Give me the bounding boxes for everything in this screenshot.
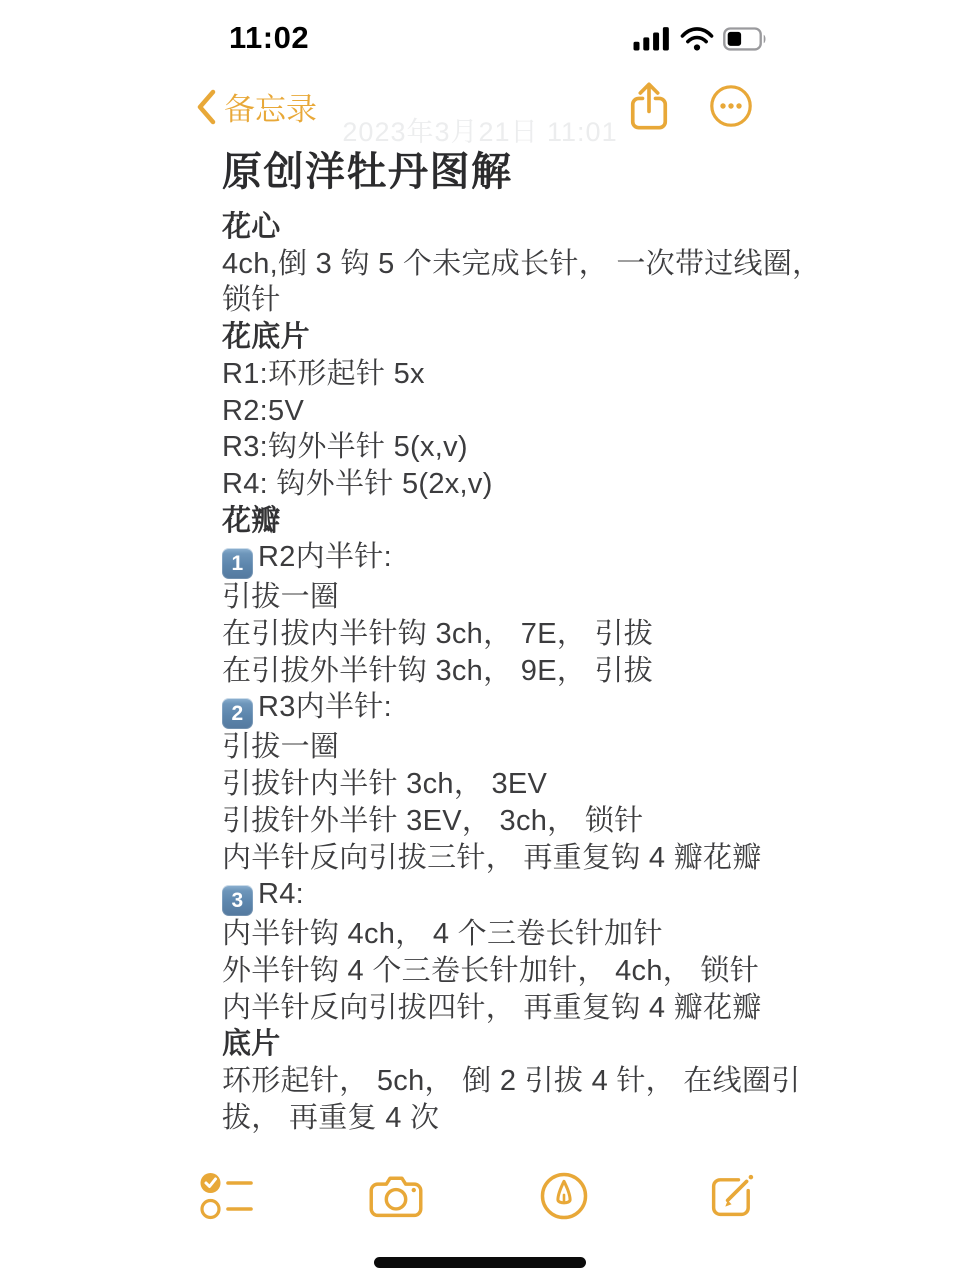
note-heading-line: 花心 <box>222 209 782 246</box>
share-button[interactable] <box>628 80 670 132</box>
note-heading-line: 底片 <box>222 1026 782 1063</box>
keycap-3-emoji: 3 <box>222 885 253 916</box>
note-text-line: 在引拔内半针钩 3ch， 7E， 引拔 <box>222 616 782 653</box>
note-heading-line: 花瓣 <box>222 503 782 540</box>
home-indicator[interactable] <box>374 1257 586 1268</box>
keycap-1-emoji: 1 <box>222 548 253 579</box>
note-text-line: R2:5V <box>222 393 782 430</box>
bottom-toolbar <box>0 1168 960 1224</box>
checklist-button[interactable] <box>200 1168 256 1224</box>
note-title: 原创洋牡丹图解 <box>222 146 782 198</box>
note-text-line: 环形起针， 5ch， 倒 2 引拔 4 针， 在线圈引 <box>222 1063 782 1100</box>
note-text-line: 2R3内半针: <box>222 689 782 729</box>
share-icon <box>628 80 670 132</box>
note-text-line: 在引拔外半针钩 3ch， 9E， 引拔 <box>222 653 782 690</box>
note-text-line: R1:环形起针 5x <box>222 356 782 393</box>
more-button[interactable] <box>709 84 753 128</box>
camera-icon <box>368 1173 424 1219</box>
note-text-line: 内半针反向引拔三针， 再重复钩 4 瓣花瓣 <box>222 840 782 877</box>
note-text-line: 拔， 再重复 4 次 <box>222 1100 782 1137</box>
note-heading-line: 花底片 <box>222 319 782 356</box>
note-text-line: 外半针钩 4 个三卷长针加针， 4ch， 锁针 <box>222 953 782 990</box>
compose-button[interactable] <box>704 1168 760 1224</box>
wifi-icon <box>680 26 714 51</box>
notes-app-screen: 11:02 <box>0 0 960 1280</box>
cellular-signal-icon <box>633 26 671 51</box>
status-icons <box>633 26 768 51</box>
note-text-line: 引拔针外半针 3EV， 3ch， 锁针 <box>222 803 782 840</box>
note-text-line: 1R2内半针: <box>222 539 782 579</box>
note-text-line: 内半针反向引拔四针， 再重复钩 4 瓣花瓣 <box>222 990 782 1027</box>
status-time: 11:02 <box>229 20 309 56</box>
compose-icon <box>705 1169 759 1223</box>
note-text-line: 4ch,倒 3 钩 5 个未完成长针， 一次带过线圈， <box>222 246 782 283</box>
note-text-line: R3:钩外半针 5(x,v) <box>222 429 782 466</box>
markup-button[interactable] <box>536 1168 592 1224</box>
note-editor[interactable]: 原创洋牡丹图解 花心4ch,倒 3 钩 5 个未完成长针， 一次带过线圈，锁针花… <box>222 146 782 1136</box>
markup-pen-icon <box>539 1171 589 1221</box>
note-text-line: 锁针 <box>222 282 782 319</box>
battery-icon <box>723 27 768 51</box>
note-text-line: 引拔针内半针 3ch， 3EV <box>222 766 782 803</box>
note-text-line: 引拔一圈 <box>222 729 782 766</box>
camera-button[interactable] <box>368 1168 424 1224</box>
more-circle-icon <box>709 84 753 128</box>
checklist-icon <box>199 1168 257 1224</box>
note-lines: 花心4ch,倒 3 钩 5 个未完成长针， 一次带过线圈，锁针花底片R1:环形起… <box>222 209 782 1136</box>
note-text-line: 内半针钩 4ch， 4 个三卷长针加针 <box>222 916 782 953</box>
note-text-line: 3R4: <box>222 876 782 916</box>
note-text-line: R4: 钩外半针 5(2x,v) <box>222 466 782 503</box>
keycap-2-emoji: 2 <box>222 698 253 729</box>
note-text-line: 引拔一圈 <box>222 579 782 616</box>
note-date: 2023年3月21日 11:01 <box>0 110 960 149</box>
